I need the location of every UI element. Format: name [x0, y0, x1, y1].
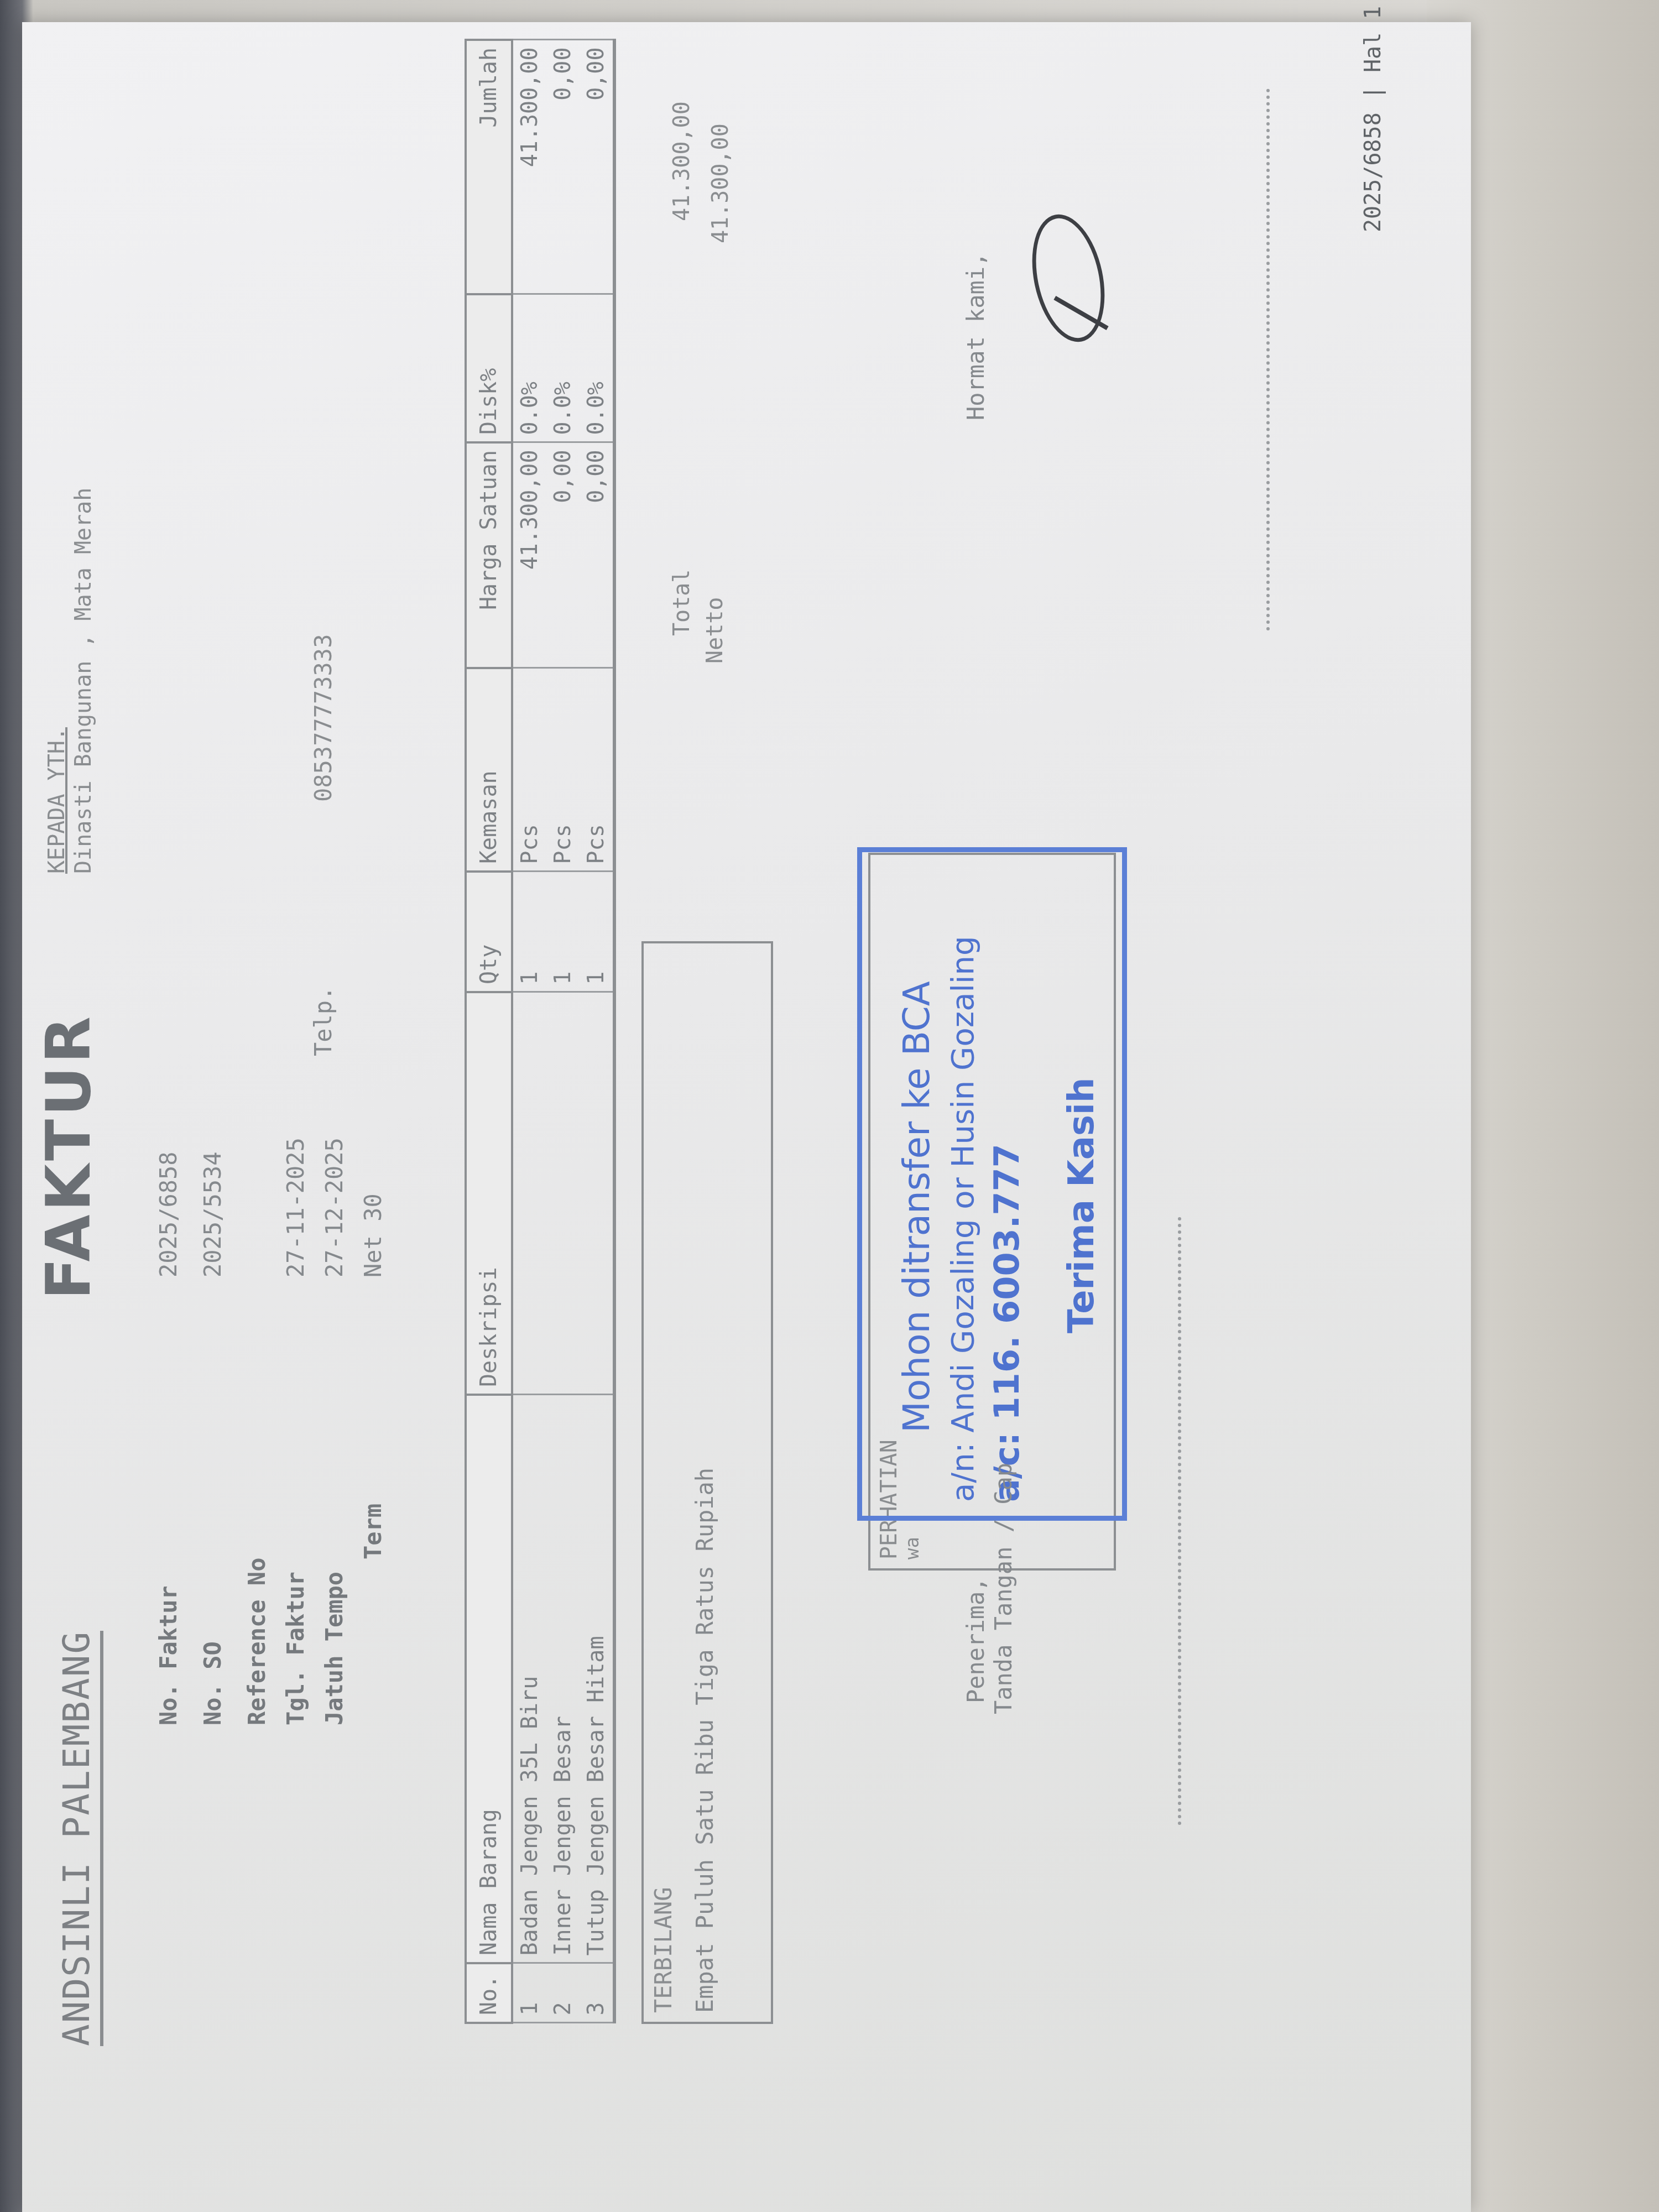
cell-disk: 0.0% [580, 294, 614, 442]
col-kemasan: Kemasan [466, 668, 512, 872]
cell-jumlah: 0,00 [580, 40, 614, 294]
cell-qty: 1 [546, 872, 580, 992]
cell-nama-barang: Badan Jengen 35L Biru [512, 1395, 546, 1963]
cell-deskripsi [546, 992, 580, 1395]
total-value: 41.300,00 [669, 101, 695, 221]
table-row: 3Tutup Jengen Besar Hitam1Pcs0,000.0%0,0… [580, 40, 614, 2023]
cell-no: 1 [512, 1963, 546, 2023]
sender-signature-line [1255, 88, 1270, 630]
meta-label-no-so: No. SO [199, 1641, 226, 1725]
cell-nama-barang: Inner Jengen Besar [546, 1395, 580, 1963]
col-deskripsi: Deskripsi [466, 992, 512, 1395]
document-title: FAKTUR [33, 1013, 104, 1300]
terbilang-text: Empat Puluh Satu Ribu Tiga Ratus Rupiah [691, 1468, 718, 2013]
meta-value-no-so: 2025/5534 [199, 1151, 226, 1277]
meta-value-jatuh-tempo: 27-12-2025 [321, 1138, 348, 1277]
stamp-line-account-name: a/n: Andi Gozaling or Husin Gozaling [945, 936, 981, 1502]
cell-harga-satuan: 0,00 [546, 442, 580, 668]
company-name: ANDSINLI PALEMBANG [55, 1631, 103, 2046]
invoice-page: ANDSINLI PALEMBANG FAKTUR KEPADA YTH. Di… [22, 22, 1471, 2212]
col-no: No. [466, 1963, 512, 2023]
col-qty: Qty [466, 872, 512, 992]
meta-value-term: Net 30 [359, 1193, 387, 1277]
recipient-label: KEPADA YTH. [44, 727, 70, 874]
stamp-line-transfer: Mohon ditransfer ke BCA [895, 981, 938, 1433]
stamp-line-account-number: a/c: 116. 6003.777 [987, 1144, 1027, 1502]
col-nama-barang: Nama Barang [466, 1395, 512, 1963]
receiver-label: Penerima, [962, 1577, 989, 1703]
col-jumlah: Jumlah [466, 40, 512, 294]
phone-label: Telp. [310, 987, 337, 1056]
meta-label-jatuh-tempo: Jatuh Tempo [321, 1572, 348, 1725]
cell-jumlah: 41.300,00 [512, 40, 546, 294]
cell-nama-barang: Tutup Jengen Besar Hitam [580, 1395, 614, 1963]
invoice-paper: ANDSINLI PALEMBANG FAKTUR KEPADA YTH. Di… [22, 22, 1471, 2212]
cell-harga-satuan: 41.300,00 [512, 442, 546, 668]
meta-label-tgl-faktur: Tgl. Faktur [282, 1572, 309, 1725]
stamp-line-thanks: Terima Kasih [1061, 1077, 1102, 1333]
netto-value: 41.300,00 [708, 123, 733, 243]
notice-sub: wa [901, 1537, 924, 1559]
cell-disk: 0.0% [546, 294, 580, 442]
sender-label: Hormat kami, [962, 253, 989, 420]
table-row: 1Badan Jengen 35L Biru1Pcs41.300,000.0%4… [512, 40, 546, 2023]
col-disk: Disk% [466, 294, 512, 442]
cell-kemasan: Pcs [546, 668, 580, 872]
receiver-sublabel: Tanda Tangan / Cap [990, 1463, 1017, 1714]
cell-jumlah: 0,00 [546, 40, 580, 294]
meta-value-no-faktur: 2025/6858 [155, 1151, 182, 1277]
cell-no: 3 [580, 1963, 614, 2023]
terbilang-label: TERBILANG [650, 1887, 677, 2013]
table-row: 2Inner Jengen Besar1Pcs0,000.0%0,00 [546, 40, 580, 2023]
cell-deskripsi [512, 992, 546, 1395]
meta-value-tgl-faktur: 27-11-2025 [282, 1138, 309, 1277]
table-header-row: No. Nama Barang Deskripsi Qty Kemasan Ha… [466, 40, 512, 2023]
cell-deskripsi [580, 992, 614, 1395]
cell-kemasan: Pcs [580, 668, 614, 872]
page-footer: 2025/6858 | Hal 1 [1360, 6, 1386, 232]
col-harga-satuan: Harga Satuan [466, 442, 512, 668]
meta-label-no-faktur: No. Faktur [155, 1585, 182, 1725]
payment-stamp: Mohon ditransfer ke BCA a/n: Andi Gozali… [857, 847, 1127, 1521]
meta-label-term: Term [359, 1504, 387, 1559]
cell-qty: 1 [512, 872, 546, 992]
total-label: Total [669, 570, 695, 636]
recipient-name: Dinasti Bangunan , Mata Merah [71, 488, 96, 874]
items-table: No. Nama Barang Deskripsi Qty Kemasan Ha… [465, 39, 616, 2024]
netto-label: Netto [702, 597, 728, 664]
cell-harga-satuan: 0,00 [580, 442, 614, 668]
cell-disk: 0.0% [512, 294, 546, 442]
cell-qty: 1 [580, 872, 614, 992]
phone-value: 085377773333 [310, 634, 337, 802]
cell-no: 2 [546, 1963, 580, 2023]
receiver-signature-line [1167, 1217, 1181, 1825]
meta-label-reference: Reference No [243, 1558, 270, 1725]
cell-kemasan: Pcs [512, 668, 546, 872]
